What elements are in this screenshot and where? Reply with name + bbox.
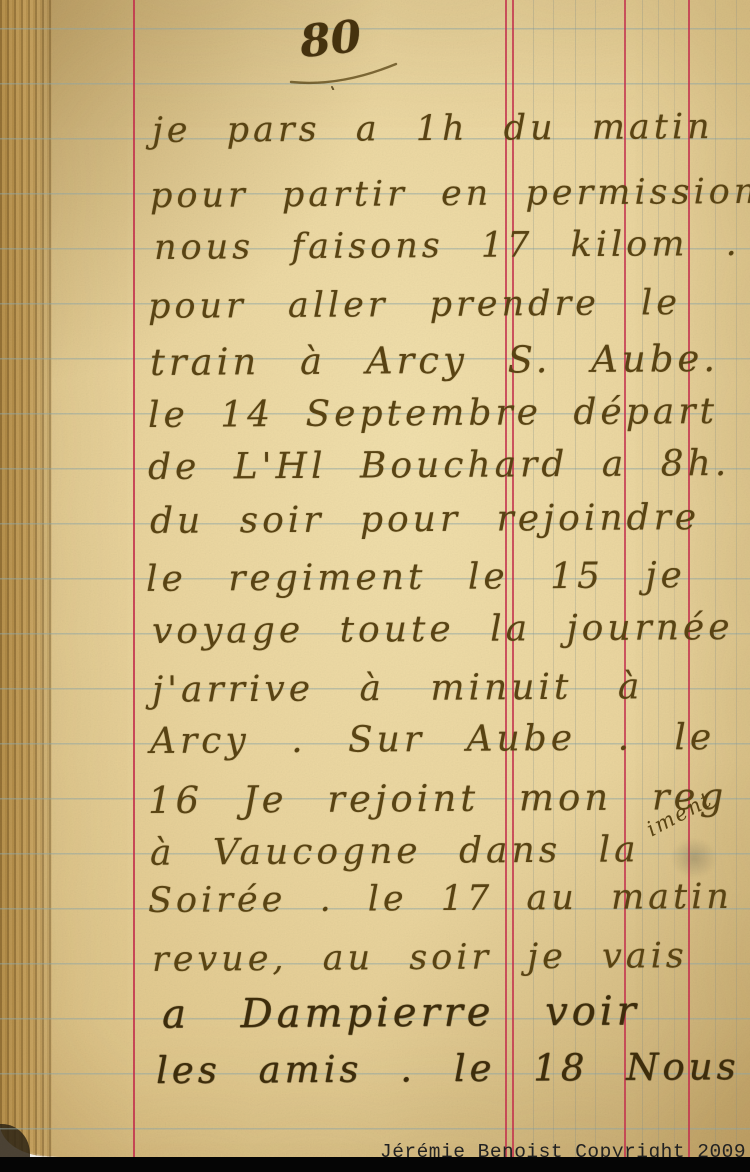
handwriting-line: pour partir en permission: [150, 172, 750, 216]
handwriting-line: le 14 Septembre départ: [148, 391, 718, 436]
handwriting-line: voyage toute la journée: [152, 607, 734, 652]
handwriting-line: pour aller prendre le: [148, 283, 681, 327]
handwriting-line: le regiment le 15 je: [146, 555, 686, 600]
handwriting-line: je pars a 1h du matin: [152, 107, 714, 151]
handwriting-line: a Dampierre voir: [162, 988, 640, 1037]
handwriting-line: 16 Je rejoint mon reg: [148, 775, 727, 822]
scan-black-bar: [0, 1157, 750, 1172]
scanned-diary-screenshot: { "page_number": "80", "manuscript": { "…: [0, 0, 750, 1172]
handwriting-line: à Vaucogne dans la: [150, 829, 640, 873]
handwriting-layer: je pars a 1h du matinpour partir en perm…: [0, 0, 750, 1157]
handwriting-line: nous faisons 17 kilom .: [154, 224, 741, 268]
handwriting-line: revue, au soir je vais: [152, 936, 688, 980]
handwriting-line: de L'Hl Bouchard a 8h.: [148, 443, 730, 488]
handwriting-line: train à Arcy S. Aube.: [150, 337, 719, 384]
handwriting-line: Arcy . Sur Aube . le: [150, 717, 715, 762]
handwriting-line: Soirée . le 17 au matin: [148, 877, 733, 921]
credit-clip: Jérémie Benoist Copyright 2009: [380, 1141, 750, 1158]
handwriting-line: les amis . le 18 Nous: [156, 1045, 740, 1092]
handwriting-line: du soir pour rejoindre: [150, 497, 700, 542]
copyright-credit: Jérémie Benoist Copyright 2009: [380, 1141, 750, 1158]
handwriting-line: j'arrive à minuit à: [152, 666, 644, 710]
